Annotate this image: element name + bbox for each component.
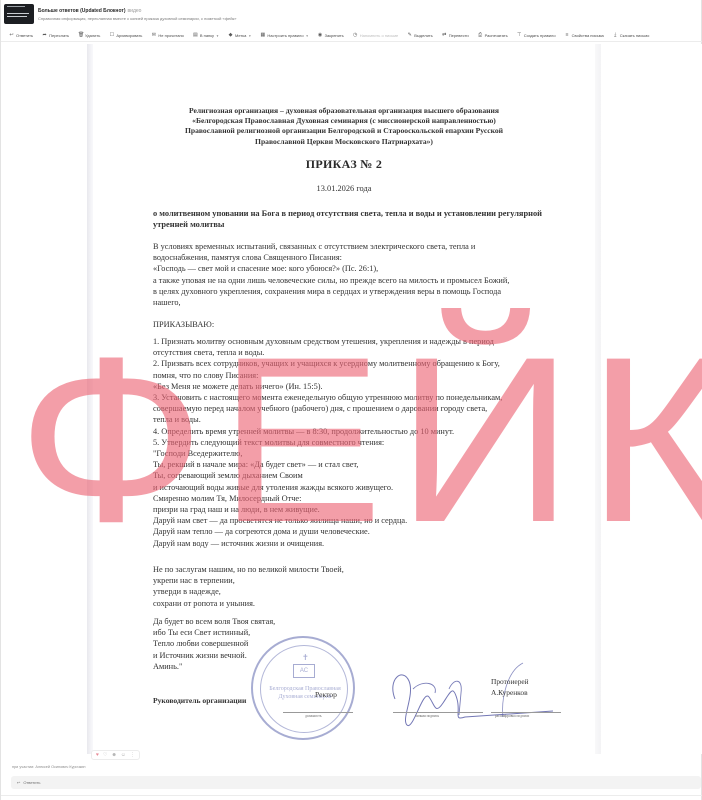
organization-header-line: Православной религиозной организации Бел…: [93, 126, 595, 136]
sender-avatar[interactable]: [4, 4, 34, 24]
toolbar-button-label: Ответить: [16, 33, 33, 38]
organization-header: Религиозная организация – духовная образ…: [93, 106, 595, 147]
name-line: [491, 712, 561, 713]
translate-icon: ⇄: [442, 33, 447, 38]
toolbar-button-label: Удалить: [85, 33, 100, 38]
signatory-name: Протоиерей А.Куренков: [491, 676, 529, 698]
toolbar-button-highlight[interactable]: ✎Выделить: [407, 33, 432, 38]
toolbar-button-reminder[interactable]: ◷Напомнить о письме: [353, 33, 399, 38]
properties-icon: ≡: [565, 33, 570, 38]
toolbar-button-archive[interactable]: ☐Архивировать: [109, 33, 142, 38]
toolbar-button-folder[interactable]: ▤В папку▼: [193, 33, 219, 38]
book-emblem-icon: АС: [293, 664, 315, 678]
heart-outline-icon[interactable]: ♡: [103, 752, 107, 758]
organization-header-line: «Белгородская Православная Духовная семи…: [93, 116, 595, 126]
preamble-text: В условиях временных испытаний, связанны…: [153, 241, 583, 308]
signature-position: Ректор: [315, 690, 337, 699]
handwritten-signature: [383, 659, 563, 729]
document-viewer[interactable]: Религиозная организация – духовная образ…: [1, 44, 702, 754]
organization-header-line: Религиозная организация – духовная образ…: [93, 106, 595, 116]
toolbar-button-label: Закрепить: [325, 33, 344, 38]
message-subtitle: Справочная информация, пересланная вмест…: [38, 16, 236, 21]
prayer-part-2-text: Не по заслугам нашим, но по великой мило…: [153, 564, 583, 609]
toolbar-button-label: Распечатать: [485, 33, 508, 38]
toolbar-button-label: В папку: [200, 33, 214, 38]
filter-icon: ▦: [260, 33, 265, 38]
message-header: Больше ответов (Updated Блокнот)видео Сп…: [1, 0, 702, 28]
toolbar-button-label: Настроить правило: [267, 33, 303, 38]
toolbar-button-label: Не прочитано: [158, 33, 184, 38]
message-toolbar: ↩Ответить➦Переслать🗑Удалить☐Архивировать…: [1, 30, 702, 42]
toolbar-button-label: Переслать: [49, 33, 69, 38]
mark-unread-icon: ✉: [151, 33, 156, 38]
toolbar-button-filter[interactable]: ▦Настроить правило▼: [260, 33, 308, 38]
footer-note: при участии: Алексей Осипович Курочкин: [12, 765, 85, 769]
emoji-icon[interactable]: ☻: [111, 752, 116, 758]
order-title: ПРИКАЗ № 2: [93, 157, 595, 172]
prayer-part-2: Не по заслугам нашим, но по великой мило…: [153, 564, 583, 609]
print-icon: ⎙: [478, 33, 483, 38]
signature-role-label: Руководитель организации: [153, 696, 246, 705]
trash-icon: 🗑: [78, 33, 83, 38]
download-icon: ⤓: [613, 33, 618, 38]
toolbar-button-mark-unread[interactable]: ✉Не прочитано: [151, 33, 184, 38]
toolbar-button-print[interactable]: ⎙Распечатать: [478, 33, 508, 38]
cross-icon: ✝: [302, 653, 309, 662]
reply-icon: ↩: [17, 780, 20, 785]
toolbar-button-label: Метка: [235, 33, 246, 38]
tag-icon: ◆: [228, 33, 233, 38]
toolbar-button-label: Скачать письмо: [620, 33, 650, 38]
toolbar-button-spam[interactable]: ⊤Создать правило: [517, 33, 556, 38]
document-page: Религиозная организация – духовная образ…: [93, 44, 595, 754]
seal-stamp: ✝ АС Белгородская Православная Духовная …: [251, 636, 355, 740]
smile-icon[interactable]: ☺: [121, 752, 126, 758]
spam-icon: ⊤: [517, 33, 522, 38]
name-caption: расшифровка подписи: [495, 714, 529, 718]
divider: [1, 795, 702, 796]
toolbar-button-translate[interactable]: ⇄Перевести: [442, 33, 469, 38]
reminder-icon: ◷: [353, 33, 358, 38]
toolbar-button-properties[interactable]: ≡Свойства письма: [565, 33, 604, 38]
toolbar-button-tag[interactable]: ◆Метка▼: [228, 33, 251, 38]
pin-icon: ◉: [318, 33, 323, 38]
forward-icon: ➦: [42, 33, 47, 38]
organization-header-line: Православной Церкви Московского Патриарх…: [93, 137, 595, 147]
toolbar-button-label: Архивировать: [116, 33, 142, 38]
toolbar-button-trash[interactable]: 🗑Удалить: [78, 33, 100, 38]
folder-icon: ▤: [193, 33, 198, 38]
quick-reply-label: Ответить: [23, 780, 40, 785]
email-client-window: Больше ответов (Updated Блокнот)видео Сп…: [0, 0, 702, 800]
toolbar-button-forward[interactable]: ➦Переслать: [42, 33, 69, 38]
signature-caption: личная подпись: [415, 714, 439, 718]
toolbar-button-label: Напомнить о письме: [360, 33, 399, 38]
message-title-text: Больше ответов (Updated Блокнот): [38, 8, 126, 14]
order-items: 1. Признать молитву основным духовным ср…: [153, 336, 583, 549]
message-meta: видео: [128, 8, 142, 14]
position-caption: должность: [305, 714, 321, 718]
more-icon[interactable]: ⋮: [130, 752, 135, 758]
message-header-text: Больше ответов (Updated Блокнот)видео Сп…: [38, 8, 236, 21]
archive-icon: ☐: [109, 33, 114, 38]
chevron-down-icon: ▼: [306, 34, 309, 38]
position-line: [283, 712, 353, 713]
reply-icon: ↩: [9, 33, 14, 38]
toolbar-button-reply[interactable]: ↩Ответить: [9, 33, 33, 38]
chevron-down-icon: ▼: [216, 34, 219, 38]
order-date: 13.01.2026 года: [93, 184, 595, 193]
quick-reply-button[interactable]: ↩ Ответить: [11, 776, 701, 789]
toolbar-button-label: Создать правило: [524, 33, 556, 38]
toolbar-button-download[interactable]: ⤓Скачать письмо: [613, 33, 650, 38]
toolbar-button-label: Перевести: [449, 33, 469, 38]
chevron-down-icon: ▼: [248, 34, 251, 38]
preamble: В условиях временных испытаний, связанны…: [153, 241, 583, 308]
toolbar-button-pin[interactable]: ◉Закрепить: [318, 33, 344, 38]
signatory-fullname: А.Куренков: [491, 687, 529, 698]
reaction-bar: ♥♡☻☺⋮: [91, 750, 140, 760]
order-subject: о молитвенном уповании на Бога в период …: [153, 208, 573, 230]
order-word: ПРИКАЗЫВАЮ:: [153, 319, 583, 330]
toolbar-button-label: Выделить: [414, 33, 432, 38]
message-title: Больше ответов (Updated Блокнот)видео: [38, 8, 236, 14]
heart-icon[interactable]: ♥: [96, 752, 99, 758]
signatory-title: Протоиерей: [491, 676, 529, 687]
signature-line: [393, 712, 483, 713]
highlight-icon: ✎: [407, 33, 412, 38]
toolbar-button-label: Свойства письма: [572, 33, 604, 38]
order-items-text: 1. Признать молитву основным духовным ср…: [153, 336, 583, 549]
